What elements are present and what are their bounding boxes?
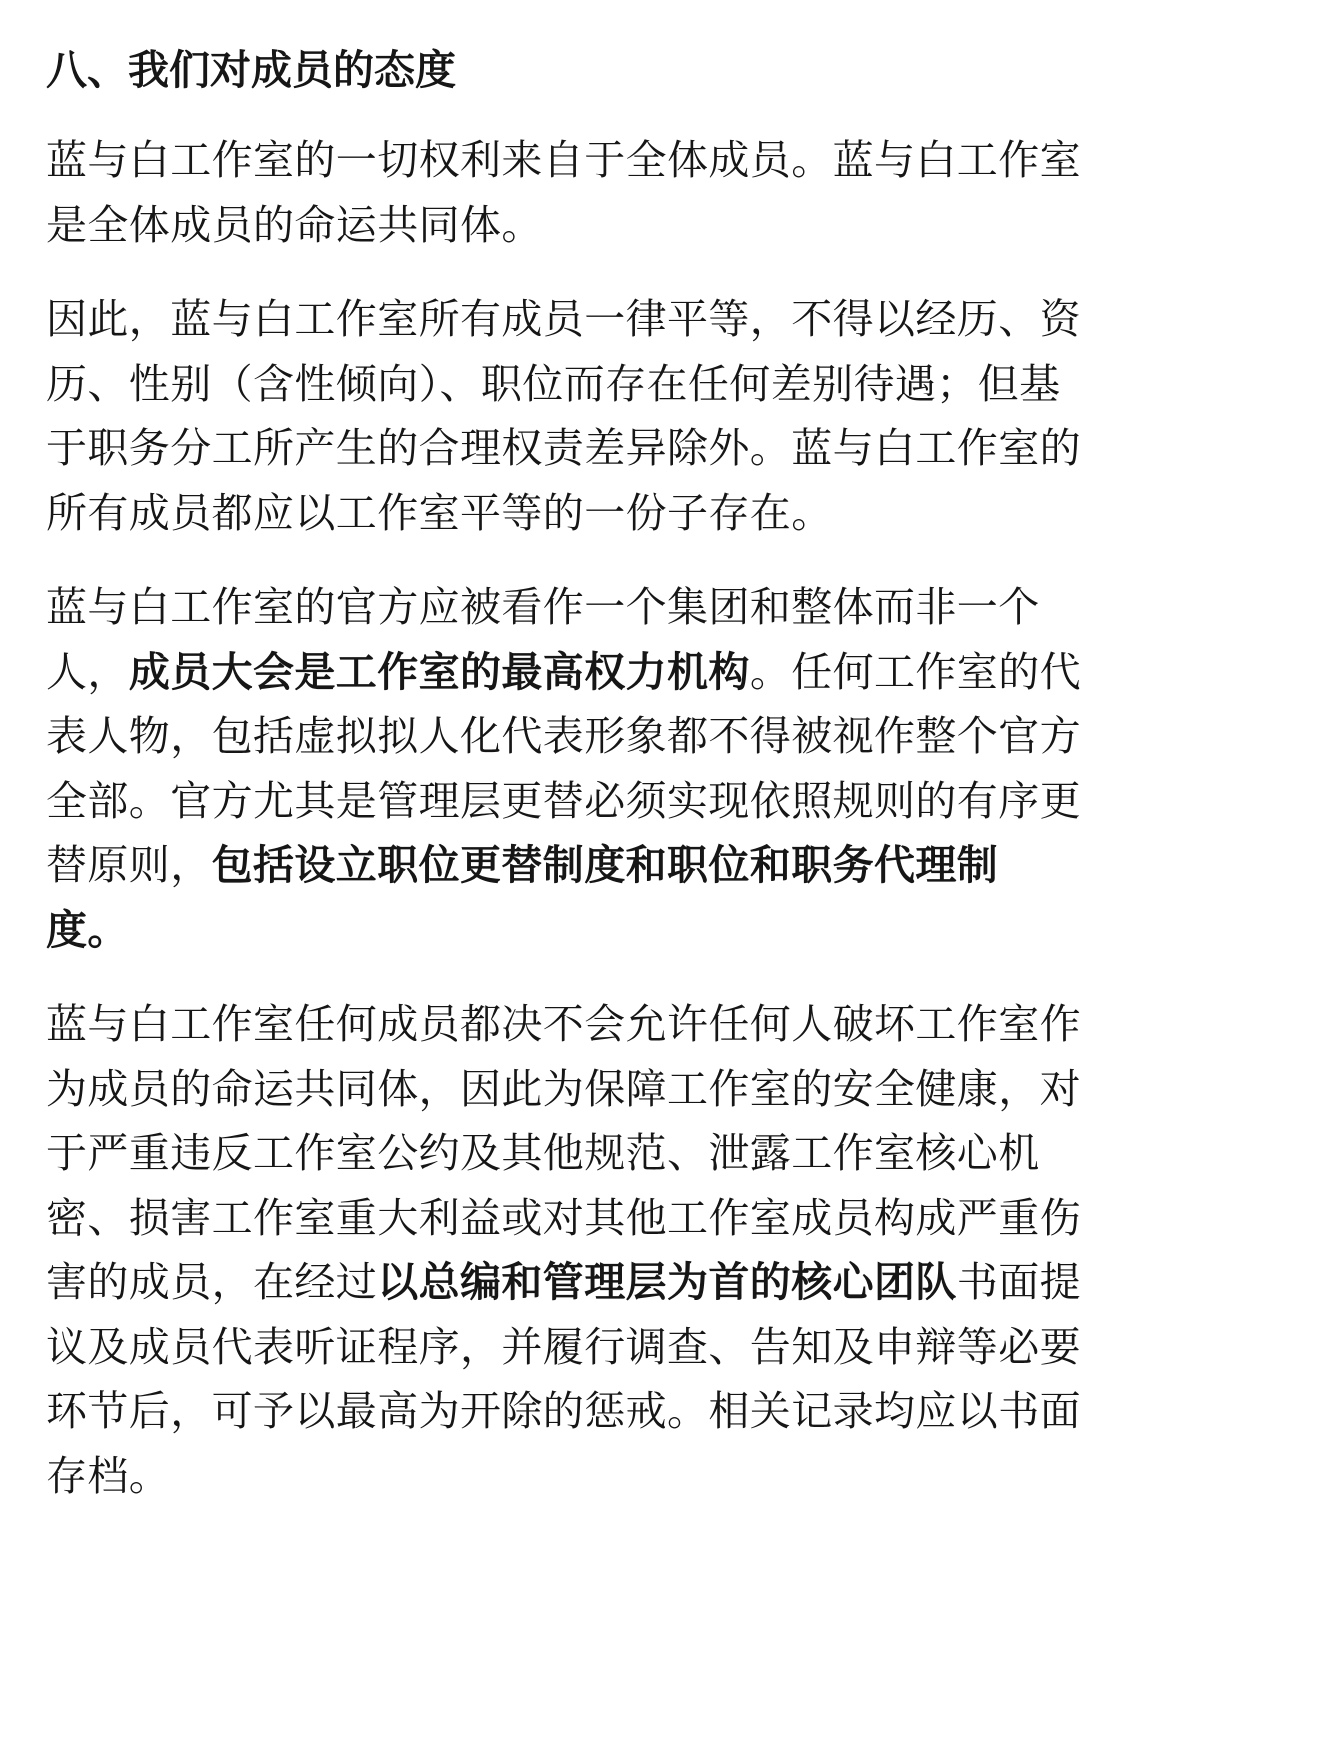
document-body: 八、我们对成员的态度 蓝与白工作室的一切权利来自于全体成员。蓝与白工作室 是全体… [46,38,1282,1538]
paragraph-discipline: 蓝与白工作室任何成员都决不会允许任何人破坏工作室作 为成员的命运共同体，因此为保… [46,992,1282,1508]
text-run: 议及成员代表听证程序，并履行调查、告知及申辩等必要 [46,1323,1081,1371]
text-line: 蓝与白工作室任何成员都决不会允许任何人破坏工作室作 [46,992,1282,1057]
text-line: 存档。 [46,1444,1282,1509]
bold-emphasis: 度。 [46,906,129,954]
text-run: 蓝与白工作室的官方应被看作一个集团和整体而非一个 [46,583,1040,631]
text-run: 害的成员，在经过 [46,1258,377,1306]
text-line: 蓝与白工作室的一切权利来自于全体成员。蓝与白工作室 [46,128,1282,193]
paragraph-rights: 蓝与白工作室的一切权利来自于全体成员。蓝与白工作室 是全体成员的命运共同体。 [46,128,1282,257]
text-run: 。任何工作室的代 [750,648,1081,696]
text-line: 表人物，包括虚拟拟人化代表形象都不得被视作整个官方 [46,704,1282,769]
text-line: 人，成员大会是工作室的最高权力机构。任何工作室的代 [46,640,1282,705]
text-run: 蓝与白工作室的一切权利来自于全体成员。蓝与白工作室 [46,136,1081,184]
text-line: 蓝与白工作室的官方应被看作一个集团和整体而非一个 [46,575,1282,640]
text-line: 环节后，可予以最高为开除的惩戒。相关记录均应以书面 [46,1379,1282,1444]
paragraph-official: 蓝与白工作室的官方应被看作一个集团和整体而非一个 人，成员大会是工作室的最高权力… [46,575,1282,962]
text-line: 为成员的命运共同体，因此为保障工作室的安全健康，对 [46,1057,1282,1122]
text-line: 替原则，包括设立职位更替制度和职位和职务代理制 [46,833,1282,898]
bold-emphasis: 以总编和管理层为首的核心团队 [377,1258,957,1306]
bold-emphasis: 包括设立职位更替制度和职位和职务代理制 [212,841,999,889]
text-run: 存档。 [46,1452,170,1500]
text-line: 密、损害工作室重大利益或对其他工作室成员构成严重伤 [46,1186,1282,1251]
text-line: 全部。官方尤其是管理层更替必须实现依照规则的有序更 [46,769,1282,834]
text-run: 为成员的命运共同体，因此为保障工作室的安全健康，对 [46,1065,1081,1113]
text-run: 替原则， [46,841,212,889]
text-run: 书面提 [957,1258,1081,1306]
text-line: 害的成员，在经过以总编和管理层为首的核心团队书面提 [46,1250,1282,1315]
text-line: 于职务分工所产生的合理权责差异除外。蓝与白工作室的 [46,416,1282,481]
text-run: 于职务分工所产生的合理权责差异除外。蓝与白工作室的 [46,424,1081,472]
text-run: 因此，蓝与白工作室所有成员一律平等，不得以经历、资 [46,295,1081,343]
text-line: 所有成员都应以工作室平等的一份子存在。 [46,481,1282,546]
text-run: 蓝与白工作室任何成员都决不会允许任何人破坏工作室作 [46,1000,1081,1048]
bold-emphasis: 成员大会是工作室的最高权力机构 [129,648,750,696]
section-heading: 八、我们对成员的态度 [46,38,1282,102]
text-line: 是全体成员的命运共同体。 [46,193,1282,258]
text-run: 所有成员都应以工作室平等的一份子存在。 [46,489,833,537]
text-run: 是全体成员的命运共同体。 [46,201,543,249]
text-run: 全部。官方尤其是管理层更替必须实现依照规则的有序更 [46,777,1081,825]
paragraph-equality: 因此，蓝与白工作室所有成员一律平等，不得以经历、资 历、性别（含性倾向）、职位而… [46,287,1282,545]
text-line: 议及成员代表听证程序，并履行调查、告知及申辩等必要 [46,1315,1282,1380]
text-run: 表人物，包括虚拟拟人化代表形象都不得被视作整个官方 [46,712,1081,760]
text-line: 因此，蓝与白工作室所有成员一律平等，不得以经历、资 [46,287,1282,352]
text-run: 人， [46,648,129,696]
text-line: 于严重违反工作室公约及其他规范、泄露工作室核心机 [46,1121,1282,1186]
text-line: 度。 [46,898,1282,963]
text-line: 历、性别（含性倾向）、职位而存在任何差别待遇；但基 [46,352,1282,417]
text-run: 环节后，可予以最高为开除的惩戒。相关记录均应以书面 [46,1387,1081,1435]
text-run: 于严重违反工作室公约及其他规范、泄露工作室核心机 [46,1129,1040,1177]
text-run: 密、损害工作室重大利益或对其他工作室成员构成严重伤 [46,1194,1081,1242]
text-run: 历、性别（含性倾向）、职位而存在任何差别待遇；但基 [46,360,1061,408]
